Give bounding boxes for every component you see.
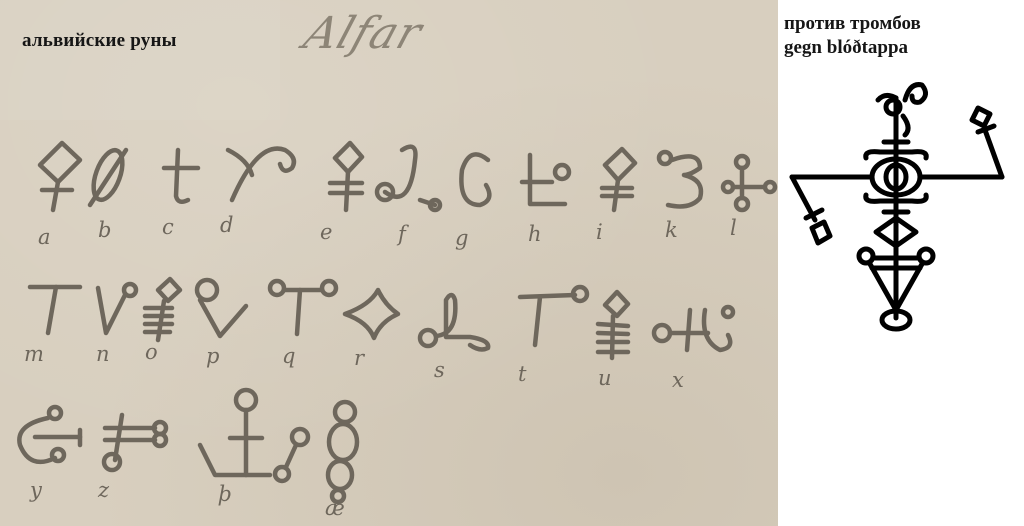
rune-label-thorn: þ [218,482,231,506]
rune-x-icon [654,307,733,350]
rune-label-a: a [38,225,51,249]
rune-l-icon [723,156,775,210]
rune-s-icon [420,295,488,349]
rune-alphabet-panel: альвийские руны Alfar [0,0,778,526]
rune-label-b: b [98,218,111,242]
rune-label-l: l [730,216,737,240]
galdrastafur-stave-icon [778,0,1024,526]
rune-label-s: s [434,358,445,382]
rune-label-r: r [354,346,364,370]
rune-b-icon [88,146,128,205]
rune-label-g: g [455,226,468,250]
rune-e-icon [330,143,362,210]
rune-t-icon [520,287,587,345]
rune-a-icon [40,143,80,210]
rune-u-icon [598,292,628,358]
rune-f-icon [377,147,440,210]
rune-d-icon [228,149,294,200]
rune-label-y: y [30,478,42,502]
rune-g-icon [461,154,489,205]
rune-p-icon [197,280,246,336]
rune-label-x: x [672,368,684,392]
rune-label-c: c [162,215,174,239]
rune-glyphs [0,0,778,526]
rune-ae-icon [328,402,357,502]
rune-label-z: z [98,478,109,502]
rune-label-h: h [528,222,542,246]
stave-panel: против тромбов gegn blóðtappa [778,0,1024,526]
rune-r-icon [345,290,398,338]
rune-h-icon [522,155,569,204]
rune-o-icon [145,279,180,340]
rune-label-p: p [206,344,219,368]
rune-i-icon [602,149,635,210]
rune-label-t: t [518,362,526,386]
rune-c-icon [164,150,198,202]
rune-label-d: d [220,213,233,237]
rune-n-icon [98,284,136,333]
rune-m-icon [30,287,80,333]
rune-label-u: u [598,366,612,390]
rune-label-o: o [145,340,158,364]
rune-thorn-icon [200,390,308,481]
rune-label-m: m [24,342,44,366]
rune-z-icon [104,415,166,470]
rune-q-icon [270,281,336,334]
rune-label-f: f [398,222,406,246]
rune-k-icon [659,152,701,206]
rune-label-e: e [320,220,332,244]
rune-label-k: k [665,218,678,242]
rune-label-ae: æ [325,496,345,520]
rune-label-q: q [282,344,295,368]
rune-label-n: n [96,342,110,366]
rune-label-i: i [596,220,603,244]
rune-y-icon [19,407,80,462]
